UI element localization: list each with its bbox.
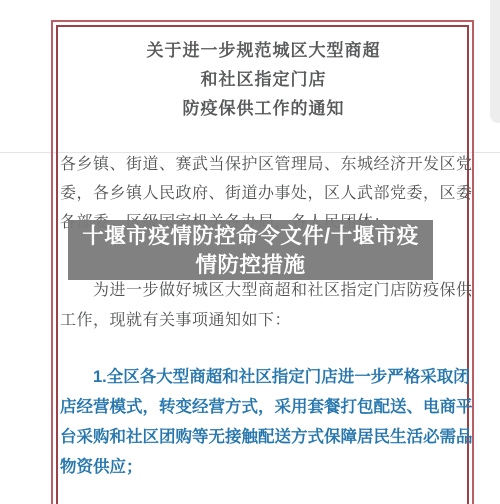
intro-line-1: 为进一步做好城区大型商超和社区指定门店防疫保供 — [60, 276, 472, 306]
item-1-line-4: 物资供应； — [60, 452, 472, 482]
addressees-line-2: 委，各乡镇人民政府、街道办事处，区人武部党委，区委 — [60, 179, 472, 208]
item-1-line-2: 店经营模式，转变经营方式，采用套餐打包配送、电商平 — [60, 392, 472, 422]
intro-line-2: 工作，现就有关事项通知如下： — [60, 306, 472, 336]
notice-title-line-2: 和社区指定门店 — [53, 65, 474, 94]
caption-line-1: 十堰市疫情防控命令文件/十堰市疫 — [68, 222, 433, 251]
intro-paragraph: 为进一步做好城区大型商超和社区指定门店防疫保供 工作，现就有关事项通知如下： — [60, 276, 472, 336]
notice-title: 关于进一步规范城区大型商超 和社区指定门店 防疫保供工作的通知 — [53, 36, 474, 123]
notice-title-line-3: 防疫保供工作的通知 — [53, 94, 474, 123]
caption-line-2: 情防控措施 — [68, 251, 433, 280]
notice-item-1: 1.全区各大型商超和社区指定门店进一步严格采取闭 店经营模式，转变经营方式，采用… — [60, 362, 472, 482]
item-1-line-3: 台采购和社区团购等无接触配送方式保障居民生活必需品 — [60, 422, 472, 452]
notice-image: 关于进一步规范城区大型商超 和社区指定门店 防疫保供工作的通知 各乡镇、街道、赛… — [0, 0, 500, 504]
notice-title-line-1: 关于进一步规范城区大型商超 — [53, 36, 474, 65]
caption-overlay: 十堰市疫情防控命令文件/十堰市疫 情防控措施 — [68, 220, 433, 280]
addressees-line-1: 各乡镇、街道、赛武当保护区管理局、东城经济开发区党 — [60, 150, 472, 179]
item-1-line-1: 1.全区各大型商超和社区指定门店进一步严格采取闭 — [60, 362, 472, 392]
adjacent-panel-edge — [490, 0, 500, 123]
